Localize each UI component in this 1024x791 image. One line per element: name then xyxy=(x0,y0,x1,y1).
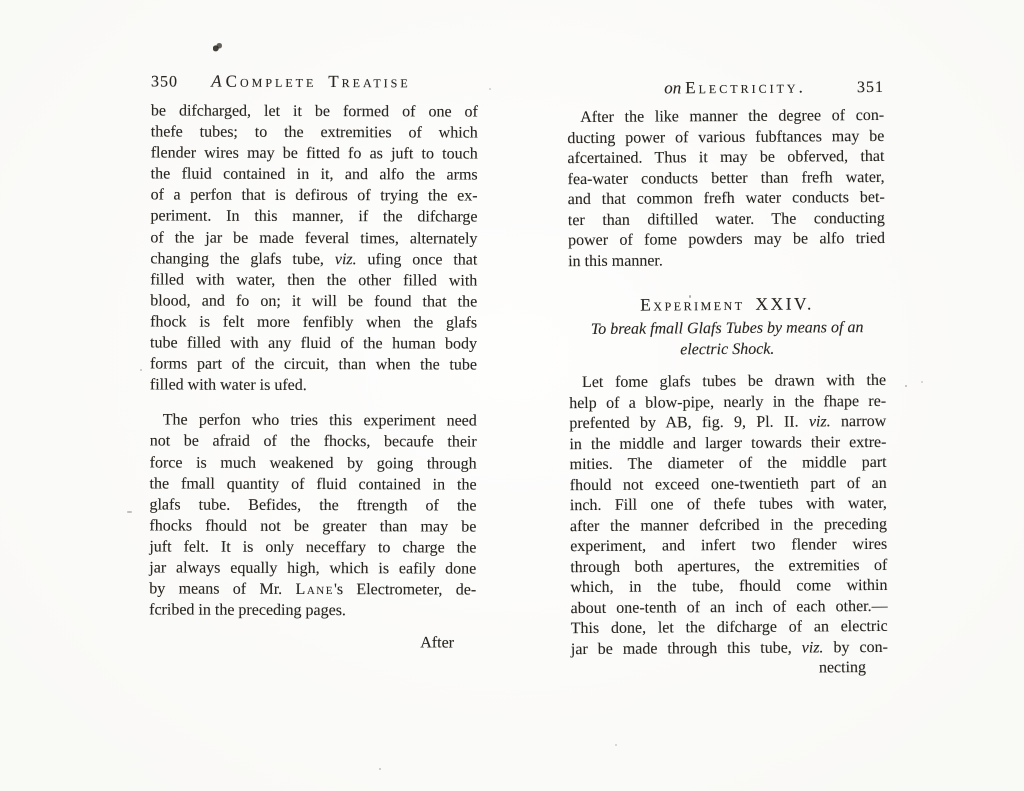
text-line: not be afraid of the fhocks, becaufe the… xyxy=(150,431,477,453)
text-line: changing the glafs tube, viz. ufing once… xyxy=(150,248,477,270)
text-line: experiment, and infert two flender wires xyxy=(570,535,887,558)
paragraph: The perfon who tries this experiment nee… xyxy=(149,410,477,622)
text-line: the fmall quantity of fluid contained in… xyxy=(150,473,477,495)
text-line: blood, and fo on; it will be found that … xyxy=(150,290,477,312)
text-line: filled with water is ufed. xyxy=(150,375,477,397)
paragraph: After the like manner the degree of con-… xyxy=(567,106,885,272)
text-line: flender wires may be fitted fo as juft t… xyxy=(151,143,478,165)
text-line: in the middle and larger towards their e… xyxy=(569,432,886,455)
running-header-right: onElectricity. 351 xyxy=(567,77,884,99)
text-line: and that common frefh water conducts bet… xyxy=(568,188,885,211)
scan-speck xyxy=(489,88,491,90)
text-line: This done, let the difcharge of an elect… xyxy=(571,617,888,640)
text-line: fhock is felt more fenfibly when the gla… xyxy=(150,311,477,333)
text-line: jar be made through this tube, viz. by c… xyxy=(571,637,888,660)
running-title-lead-word: on xyxy=(664,78,681,97)
catchword-left: After xyxy=(149,632,476,654)
text-line: tube filled with any fluid of the human … xyxy=(150,332,477,354)
text-line: ducting power of various fubftances may … xyxy=(567,126,884,149)
text-line: power of fome powders may be alfo tried xyxy=(568,229,885,252)
running-title-text: Electricity. xyxy=(685,77,806,97)
text-line: juft felt. It is only neceffary to charg… xyxy=(149,536,476,558)
text-line: thefe tubes; to the extremities of which xyxy=(151,122,478,144)
text-line: help of a blow-pipe, nearly in the fhape… xyxy=(569,391,886,414)
text-line: The perfon who tries this experiment nee… xyxy=(150,410,477,432)
text-line: electric Shock. xyxy=(569,338,886,361)
page-350: 350 AComplete Treatise be difcharged, le… xyxy=(149,71,478,653)
text-line: the fluid contained in it, and alfo the … xyxy=(151,164,478,186)
text-line: through both apertures, the extremities … xyxy=(570,555,887,578)
text-line: which, in the tube, fhould come within xyxy=(570,576,887,599)
page-number-right: 351 xyxy=(857,79,884,97)
text-line: fea-water conducts better than frefh wat… xyxy=(568,167,885,190)
page-number-left: 350 xyxy=(151,73,178,91)
text-line: of the jar be made feveral times, altern… xyxy=(150,227,477,249)
scan-speck xyxy=(379,768,381,770)
running-title-left: AComplete Treatise xyxy=(178,72,444,93)
text-line: forms part of the circuit, than when the… xyxy=(150,354,477,376)
experiment-subtitle: To break fmall Glafs Tubes by means of a… xyxy=(569,318,886,361)
text-line: of a perfon that is defirous of trying t… xyxy=(151,185,478,207)
running-header-left: 350 AComplete Treatise xyxy=(151,71,478,92)
text-line: fhould not exceed one-twentieth part of … xyxy=(570,473,887,496)
text-line: prefented by AB, fig. 9, Pl. II. viz. na… xyxy=(569,412,886,435)
text-line: force is much weakened by going through xyxy=(150,452,477,474)
page-351: onElectricity. 351 After the like manner… xyxy=(567,77,888,681)
experiment-heading: Experiment XXIV. xyxy=(568,291,885,317)
text-line: After the like manner the degree of con- xyxy=(567,106,884,129)
scan-speck xyxy=(921,381,923,383)
text-line: mities. The diameter of the middle part xyxy=(570,453,887,476)
scan-speck xyxy=(615,744,617,746)
text-line: Let fome glafs tubes be drawn with the xyxy=(569,371,886,394)
scan-speck xyxy=(127,511,132,513)
text-line: inch. Fill one of thefe tubes with water… xyxy=(570,494,887,517)
paragraph-continued: be difcharged, let it be formed of one o… xyxy=(150,100,478,396)
text-line: jar always equally high, which is eafily… xyxy=(149,557,476,579)
scan-speck xyxy=(140,369,142,371)
text-line: after the manner defcribed in the preced… xyxy=(570,514,887,537)
text-line: fhocks fhould not be greater than may be xyxy=(149,515,476,537)
running-title-lead-word: A xyxy=(211,72,221,91)
ink-smudge xyxy=(213,43,222,52)
text-line: be difcharged, let it be formed of one o… xyxy=(151,100,478,122)
text-line: ter than diftilled water. The conducting xyxy=(568,208,885,231)
text-line: by means of Mr. Lane's Electrometer, de- xyxy=(149,578,476,600)
text-line: afcertained. Thus it may be obferved, th… xyxy=(567,147,884,170)
text-line: filled with water, then the other filled… xyxy=(150,269,477,291)
running-title-text: Complete Treatise xyxy=(226,72,411,92)
text-line: fcribed in the preceding pages. xyxy=(149,600,476,622)
text-line: about one-tenth of an inch of each other… xyxy=(571,596,888,619)
scan-speck xyxy=(905,385,907,387)
catchword-right: necting xyxy=(571,658,888,681)
text-line: in this manner. xyxy=(568,249,885,272)
running-title-right: onElectricity. xyxy=(613,77,857,99)
text-line: glafs tube. Befides, the ftrength of the xyxy=(149,494,476,516)
text-line: periment. In this manner, if the difchar… xyxy=(150,206,477,228)
text-line: To break fmall Glafs Tubes by means of a… xyxy=(569,318,886,341)
paragraph: Let fome glafs tubes be drawn with thehe… xyxy=(569,371,888,660)
